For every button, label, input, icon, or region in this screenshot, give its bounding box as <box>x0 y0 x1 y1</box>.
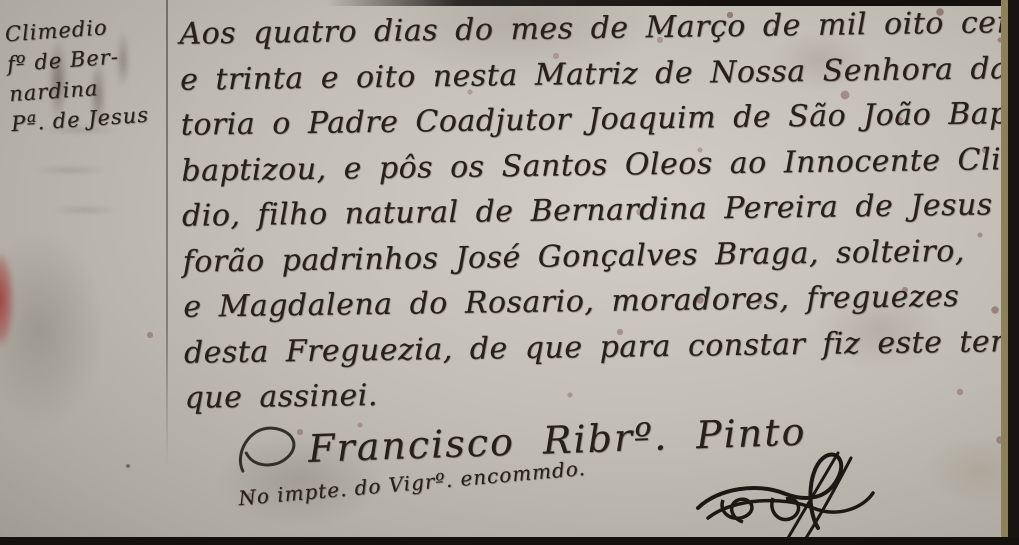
record-body: Aos quatro dias do mes de Março de mil o… <box>179 0 1007 421</box>
margin-note: Climedio fº de Ber- nardina Pª. de Jesus <box>4 9 164 139</box>
page-edge-bottom <box>0 537 1019 545</box>
signature-rubric <box>688 438 888 543</box>
signature-flourish-icon <box>231 421 305 479</box>
margin-rule-line <box>166 0 168 468</box>
page-edge-top <box>0 0 1019 6</box>
document-scan-page: Climedio fº de Ber- nardina Pª. de Jesus… <box>0 0 1019 545</box>
page-edge-right-tan <box>1001 0 1008 545</box>
page-edge-right <box>1008 0 1019 545</box>
rubric-scribble-icon <box>688 438 888 543</box>
red-wax-smudge <box>0 252 14 347</box>
